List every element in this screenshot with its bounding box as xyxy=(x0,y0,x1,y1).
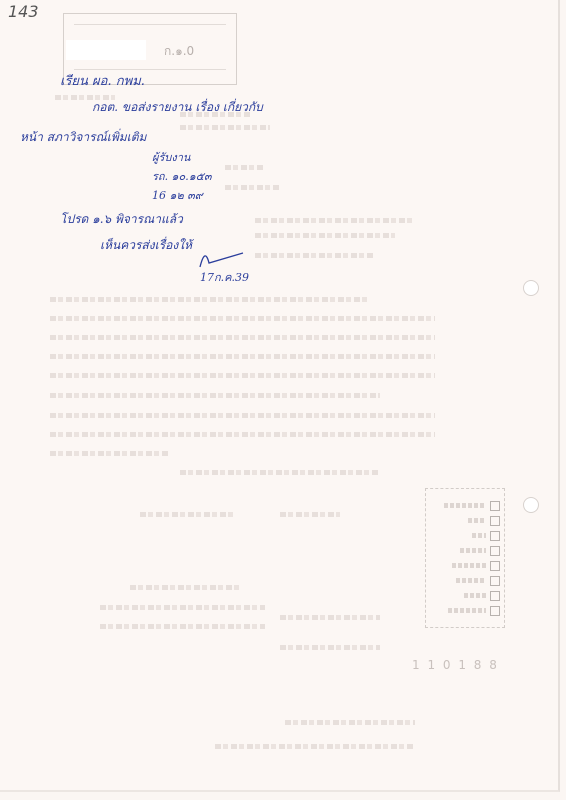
faded-text xyxy=(50,335,435,340)
routing-checkbox[interactable] xyxy=(430,591,500,601)
punch-hole xyxy=(523,280,539,296)
document-page: 143 ก.๑.0 เรียน ผอ. กพม. กอต. ขอส่งรายงา… xyxy=(0,0,560,792)
stamp-number: ก.๑.0 xyxy=(164,42,194,61)
faded-text xyxy=(255,253,375,258)
handwritten-comment-2: เห็นควรส่งเรื่องให้ xyxy=(100,236,192,255)
faded-text xyxy=(280,512,340,517)
routing-checkbox[interactable] xyxy=(430,501,500,511)
faded-text xyxy=(255,218,415,223)
punch-hole xyxy=(523,497,539,513)
faded-text xyxy=(50,316,435,321)
faded-text xyxy=(50,413,435,418)
routing-checkbox[interactable] xyxy=(430,546,500,556)
faded-text xyxy=(225,185,280,190)
faded-text xyxy=(50,451,170,456)
faded-text xyxy=(100,605,265,610)
faded-text xyxy=(280,645,380,650)
faded-text xyxy=(50,373,435,378)
routing-checkbox[interactable] xyxy=(430,576,500,586)
handwritten-date: 16 ๑๒ ๓๙ xyxy=(152,186,203,204)
handwritten-salutation: เรียน ผอ. กพม. xyxy=(60,70,145,91)
faded-text xyxy=(180,470,380,475)
faded-text xyxy=(50,393,380,398)
faded-text xyxy=(225,165,265,170)
routing-checkbox[interactable] xyxy=(430,561,500,571)
faded-text xyxy=(215,744,415,749)
signature-icon xyxy=(195,245,250,270)
routing-checkbox[interactable] xyxy=(430,516,500,526)
faded-text xyxy=(100,624,265,629)
page-number: 143 xyxy=(8,2,39,21)
faded-text xyxy=(50,432,435,437)
faded-text xyxy=(180,112,250,117)
handwritten-initial-date: 17ก.ค.39 xyxy=(200,268,249,286)
handwritten-note: หน้า สภาวิจารณ์เพิ่มเติม xyxy=(20,128,146,147)
faded-text xyxy=(140,512,235,517)
handwritten-ref: รถ. ๑๐.๑๕๓ xyxy=(152,167,212,185)
faded-text xyxy=(130,585,240,590)
routing-checkbox[interactable] xyxy=(430,531,500,541)
handwritten-title: ผู้รับงาน xyxy=(152,148,190,166)
faded-text xyxy=(285,720,415,725)
faded-text xyxy=(255,233,395,238)
faded-text xyxy=(55,95,115,100)
routing-checkbox-panel xyxy=(425,488,505,628)
correction-patch xyxy=(66,40,146,60)
routing-checkbox[interactable] xyxy=(430,606,500,616)
document-number: 1 1 0 1 8 8 xyxy=(412,658,499,672)
handwritten-comment: โปรด ๑.๖ พิจารณาแล้ว xyxy=(60,210,183,229)
faded-text xyxy=(50,354,435,359)
faded-text xyxy=(280,615,380,620)
faded-text xyxy=(50,297,370,302)
faded-text xyxy=(180,125,270,130)
